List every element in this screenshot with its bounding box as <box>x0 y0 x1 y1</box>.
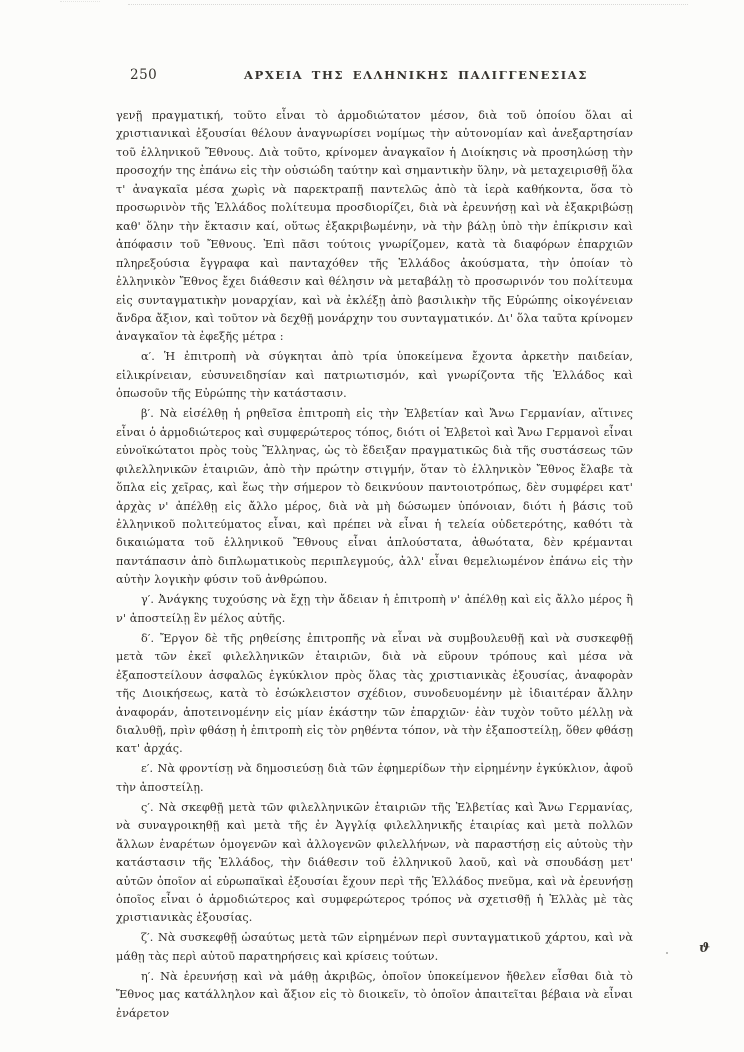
paragraph-zeta: ζ′. Νὰ συσκεφθῇ ὡσαύτως μετὰ τῶν εἰρημέν… <box>116 929 633 966</box>
page-header: 250 ΑΡΧΕΙΑ ΤΗΣ ΕΛΛΗΝΙΚΗΣ ΠΑΛΙΓΓΕΝΕΣΙΑΣ <box>116 64 682 84</box>
paragraph-intro: γενῇ πραγματική, τοῦτο εἶναι τὸ ἁρμοδιώτ… <box>116 107 633 347</box>
paragraph-alpha: α′. Ἡ ἐπιτροπὴ νὰ σύγκηται ἀπὸ τρία ὑποκ… <box>116 348 633 403</box>
paragraph-delta: δ′. Ἔργον δὲ τῆς ρηθείσης ἐπιτροπῆς νὰ ε… <box>116 630 633 759</box>
paragraph-stigma: ς′. Νὰ σκεφθῇ μετὰ τῶν φιλελληνικῶν ἑται… <box>116 799 633 928</box>
paragraph-eta: η′. Νὰ ἐρευνήσῃ καὶ νὰ μάθῃ ἀκριβῶς, ὁπο… <box>116 968 633 1023</box>
paragraph-beta: β′. Νὰ εἰσέλθῃ ἡ ρηθεῖσα ἐπιτροπὴ εἰς τὴ… <box>116 405 633 590</box>
scan-artifact <box>60 1 100 2</box>
paragraph-gamma: γ′. Ἀνάγκης τυχούσης νὰ ἔχῃ τὴν ἄδειαν ἡ… <box>116 591 633 628</box>
page-number: 250 <box>130 67 157 83</box>
scan-artifact <box>666 952 668 954</box>
scan-artifact <box>128 4 688 5</box>
paragraph-epsilon: ε′. Νὰ φροντίσῃ νὰ δημοσιεύσῃ διὰ τῶν ἐφ… <box>116 760 633 797</box>
signature-mark: ϑ <box>699 941 710 956</box>
running-title: ΑΡΧΕΙΑ ΤΗΣ ΕΛΛΗΝΙΚΗΣ ΠΑΛΙΓΓΕΝΕΣΙΑΣ <box>244 68 588 82</box>
body-text: γενῇ πραγματική, τοῦτο εἶναι τὸ ἁρμοδιώτ… <box>116 107 633 1023</box>
document-page: 250 ΑΡΧΕΙΑ ΤΗΣ ΕΛΛΗΝΙΚΗΣ ΠΑΛΙΓΓΕΝΕΣΙΑΣ γ… <box>0 0 744 1052</box>
